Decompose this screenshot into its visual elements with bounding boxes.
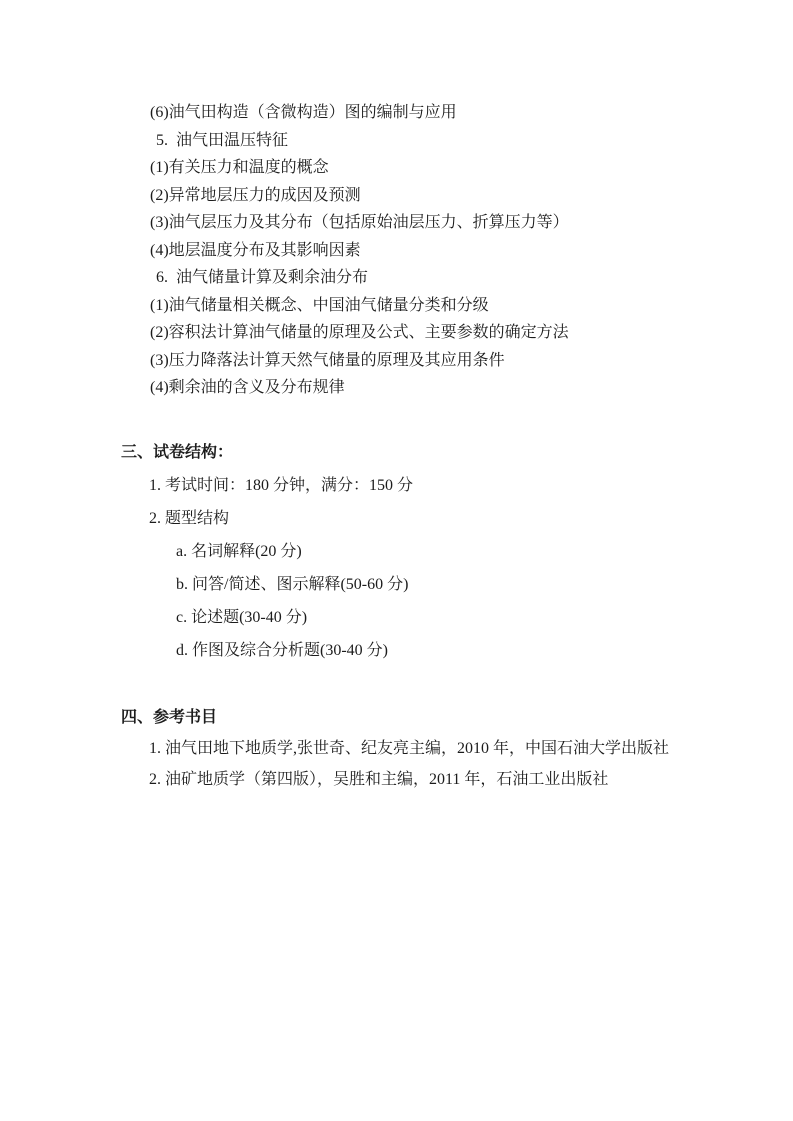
outline-line: (2)容积法计算油气储量的原理及公式、主要参数的确定方法	[150, 319, 793, 347]
reference-item: 2. 油矿地质学（第四版），吴胜和主编，2011 年，石油工业出版社	[149, 764, 793, 795]
outline-section: (6)油气田构造（含微构造）图的编制与应用 5. 油气田温压特征 (1)有关压力…	[0, 99, 793, 402]
document-page: (6)油气田构造（含微构造）图的编制与应用 5. 油气田温压特征 (1)有关压力…	[0, 0, 793, 1121]
outline-line: (1)油气储量相关概念、中国油气储量分类和分级	[150, 292, 793, 320]
exam-structure-section: 三、试卷结构： 1. 考试时间：180 分钟，满分：150 分 2. 题型结构 …	[0, 436, 793, 667]
outline-line: (4)剩余油的含义及分布规律	[150, 374, 793, 402]
outline-line: (4)地层温度分布及其影响因素	[150, 237, 793, 265]
outline-line: (3)油气层压力及其分布（包括原始油层压力、折算压力等）	[150, 209, 793, 237]
reference-item: 1. 油气田地下地质学,张世奇、纪友亮主编，2010 年，中国石油大学出版社	[149, 733, 793, 764]
question-type-item: a. 名词解释(20 分)	[176, 535, 793, 568]
outline-topic: 5. 油气田温压特征	[156, 127, 793, 155]
outline-topic: 6. 油气储量计算及剩余油分布	[156, 264, 793, 292]
question-type-item: b. 问答/简述、图示解释(50-60 分)	[176, 568, 793, 601]
section-heading-references: 四、参考书目	[121, 702, 793, 733]
references-section: 四、参考书目 1. 油气田地下地质学,张世奇、纪友亮主编，2010 年，中国石油…	[0, 702, 793, 795]
section-heading-exam-structure: 三、试卷结构：	[121, 436, 793, 469]
outline-line: (1)有关压力和温度的概念	[150, 154, 793, 182]
outline-line: (3)压力降落法计算天然气储量的原理及其应用条件	[150, 347, 793, 375]
exam-item-question-structure: 2. 题型结构	[149, 502, 793, 535]
outline-line: (6)油气田构造（含微构造）图的编制与应用	[150, 99, 793, 127]
exam-item-time: 1. 考试时间：180 分钟，满分：150 分	[149, 469, 793, 502]
outline-line: (2)异常地层压力的成因及预测	[150, 182, 793, 210]
question-type-item: c. 论述题(30-40 分)	[176, 601, 793, 634]
question-type-item: d. 作图及综合分析题(30-40 分)	[176, 634, 793, 667]
